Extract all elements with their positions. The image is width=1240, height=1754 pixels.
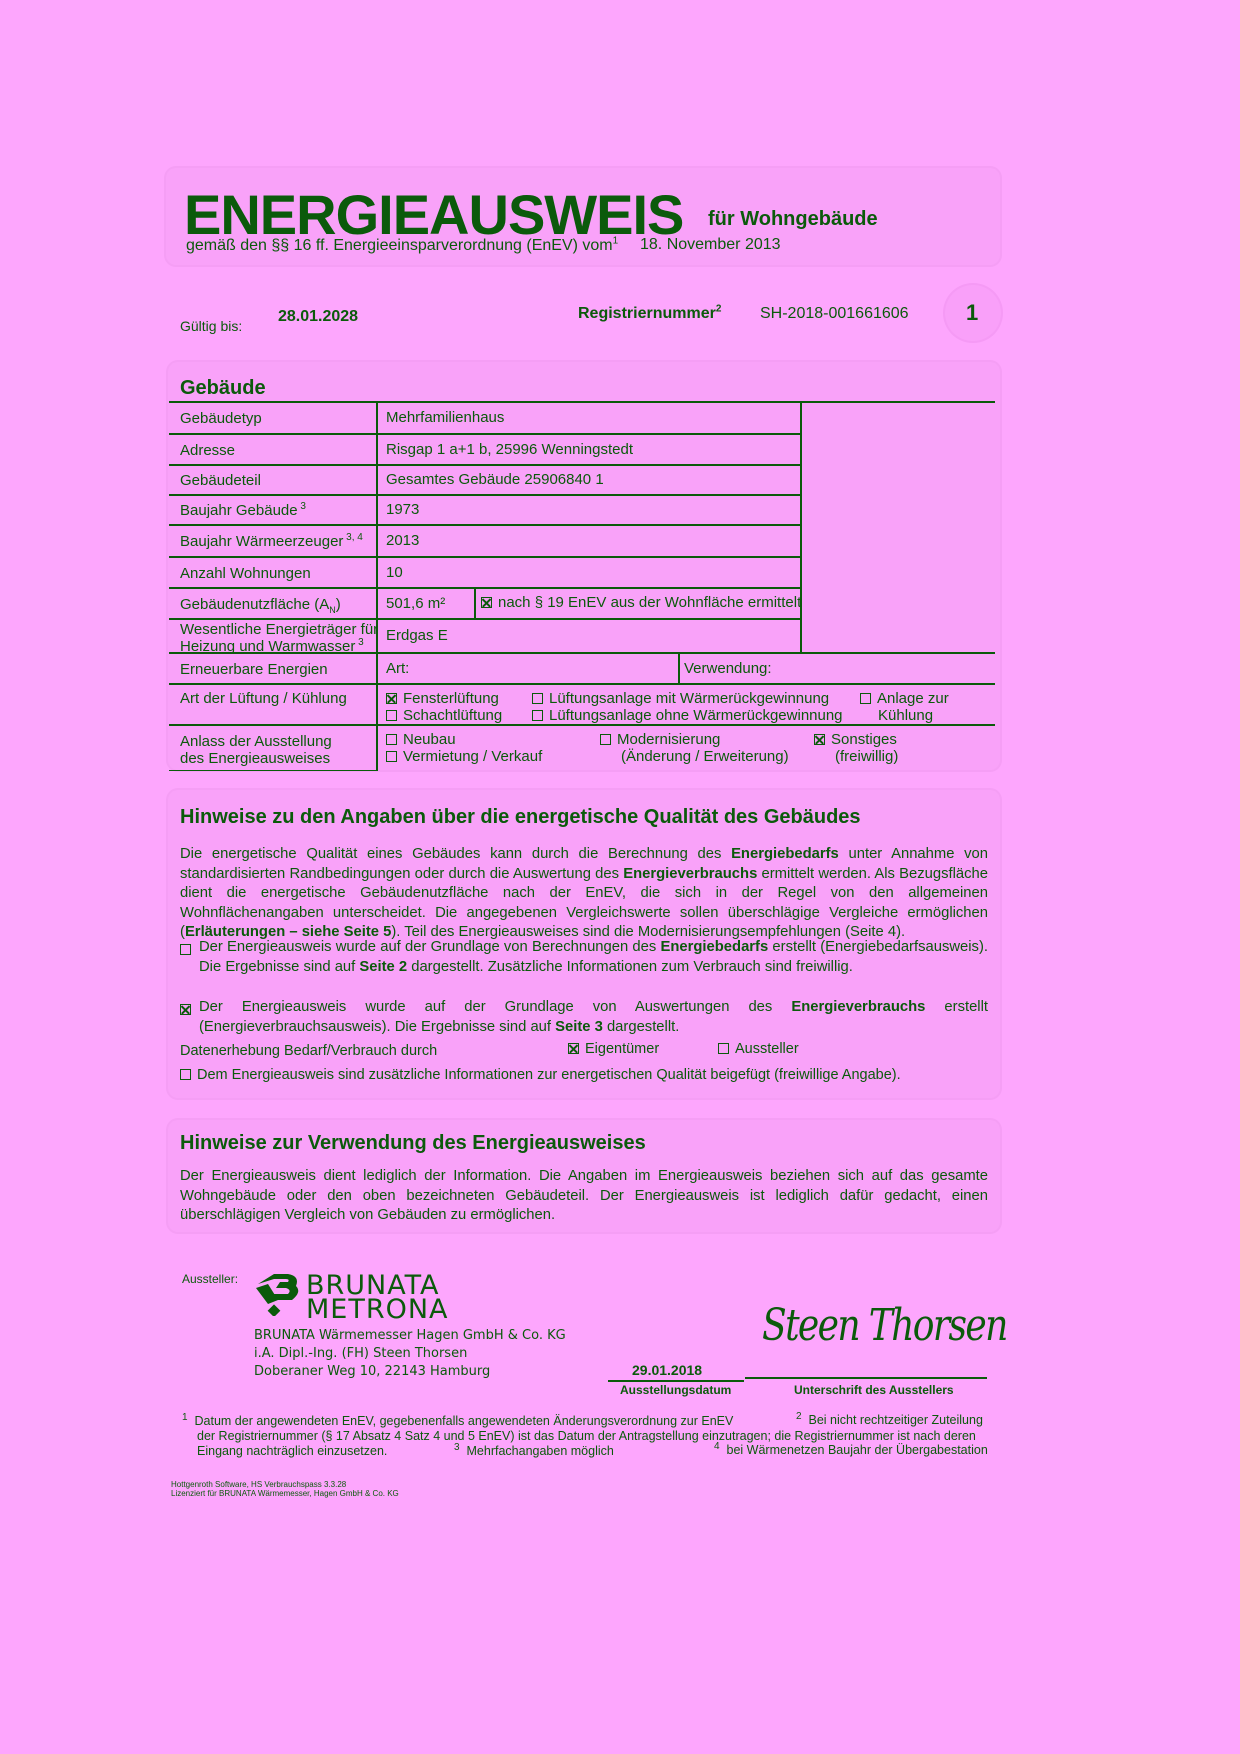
issue-date: 29.01.2018	[632, 1362, 702, 1378]
label-line: Wesentliche Energieträger für	[180, 621, 378, 638]
issuer-checkbox[interactable]	[718, 1043, 729, 1054]
building-row-label: Anzahl Wohnungen	[180, 565, 311, 582]
issuer-company: BRUNATA Wärmemesser Hagen GmbH & Co. KG	[254, 1328, 566, 1343]
table-bottom	[169, 770, 378, 771]
option-text: Neubau	[403, 731, 456, 748]
valid-until-value: 28.01.2028	[278, 308, 358, 326]
table-row-divider	[169, 524, 800, 526]
demand-checkbox[interactable]	[180, 944, 191, 955]
building-row-value: Art:	[386, 660, 409, 677]
body-text: Der Energieausweis wurde auf der Grundla…	[199, 939, 660, 955]
building-row-label: Baujahr Gebäude 3	[180, 502, 306, 519]
area-method-text: nach § 19 EnEV aus der Wohnfläche ermitt…	[498, 594, 801, 611]
occasion-label-line2: des Energieausweises	[180, 750, 330, 767]
building-row-value: Mehrfamilienhaus	[386, 409, 504, 426]
occasion-checkbox[interactable]	[814, 734, 825, 745]
ventilation-option: Schachtlüftung	[386, 707, 502, 724]
label-text: Baujahr Gebäude	[180, 502, 298, 519]
label-text: Gebäudenutzfläche (A	[180, 596, 329, 613]
image-area-bottom	[800, 652, 995, 654]
table-row-divider	[169, 724, 995, 726]
area-method: nach § 19 EnEV aus der Wohnfläche ermitt…	[481, 594, 801, 611]
building-row-value: 10	[386, 564, 403, 581]
footnote-marker: 3	[355, 637, 363, 648]
issue-date-label: Ausstellungsdatum	[620, 1383, 731, 1397]
emphasis-text: Energiebedarfs	[660, 939, 768, 955]
label-line: Heizung und Warmwasser 3	[180, 638, 378, 655]
label-text: Gebäudetyp	[180, 410, 262, 427]
footnote-4: 4 bei Wärmenetzen Baujahr der Übergabest…	[714, 1443, 988, 1459]
document-subtitle: gemäß den §§ 16 ff. Energieeinsparverord…	[186, 237, 618, 255]
option-text: Anlage zur	[877, 690, 949, 707]
ventilation-checkbox[interactable]	[860, 693, 871, 704]
ventilation-checkbox[interactable]	[386, 693, 397, 704]
brunata-logo-icon	[254, 1270, 304, 1316]
emphasis-text: Energieverbrauchs	[623, 866, 757, 882]
table-row-divider	[169, 556, 800, 558]
body-text: Die energetische Qualität eines Gebäudes…	[180, 846, 731, 862]
page-number: 1	[966, 300, 978, 326]
table-row-divider	[169, 587, 800, 589]
body-text: Der Energieausweis wurde auf der Grundla…	[199, 999, 791, 1015]
building-row-label: Gebäudetyp	[180, 410, 262, 427]
option-demand-row: Der Energieausweis wurde auf der Grundla…	[180, 938, 988, 956]
owner-checkbox[interactable]	[568, 1043, 579, 1054]
image-area-left	[800, 401, 802, 652]
occasion-option: Sonstiges	[814, 731, 897, 748]
software-line-2: Lizenziert für BRUNATA Wärmemesser, Hage…	[171, 1489, 399, 1498]
ventilation-option: Anlage zur	[860, 690, 949, 707]
footnote-1: 1 Datum der angewendeten EnEV, gegebenen…	[182, 1414, 733, 1430]
ventilation-option: Lüftungsanlage ohne Wärmerückgewinnung	[532, 707, 843, 724]
option-text: Fensterlüftung	[403, 690, 499, 707]
signature: Steen Thorsen	[762, 1300, 1007, 1351]
building-row-value: 2013	[386, 532, 419, 549]
option-text: Vermietung / Verkauf	[403, 748, 542, 765]
option-text: Modernisierung	[617, 731, 720, 748]
ventilation-label: Art der Lüftung / Kühlung	[180, 690, 347, 707]
data-collection-label: Datenerhebung Bedarf/Verbrauch durch	[180, 1043, 437, 1059]
area-col-divider	[474, 587, 476, 618]
occasion-checkbox[interactable]	[600, 734, 611, 745]
ventilation-checkbox[interactable]	[532, 710, 543, 721]
table-row-divider	[169, 683, 995, 685]
label-text: )	[336, 596, 341, 613]
occasion-checkbox[interactable]	[386, 751, 397, 762]
occasion-option: Vermietung / Verkauf	[386, 748, 542, 765]
building-row-label: Gebäudenutzfläche (AN)	[180, 596, 341, 619]
issue-date-line	[608, 1380, 744, 1382]
label-text: Baujahr Wärmeerzeuger	[180, 533, 343, 550]
renewable-usage-label: Verwendung:	[684, 660, 772, 677]
table-row-divider	[169, 433, 800, 435]
occasion-option: Modernisierung	[600, 731, 720, 748]
footnote-marker: 3, 4	[343, 532, 362, 543]
registration-label: Registriernummer2	[578, 305, 721, 323]
issuer-person: i.A. Dipl.-Ing. (FH) Steen Thorsen	[254, 1346, 467, 1361]
label-text: Erneuerbare Energien	[180, 661, 328, 678]
ventilation-option: Fensterlüftung	[386, 690, 499, 707]
building-section-title: Gebäude	[180, 377, 266, 400]
label-text: Anzahl Wohnungen	[180, 565, 311, 582]
building-row-value: Risgap 1 a+1 b, 25996 Wenningstedt	[386, 441, 633, 458]
valid-until-label: Gültig bis:	[180, 318, 242, 334]
enev-date: 18. November 2013	[640, 236, 781, 254]
table-row-divider	[169, 494, 800, 496]
occasion-label: Anlass der Ausstellung	[180, 733, 332, 750]
label-text: Adresse	[180, 442, 235, 459]
usage-notes-text: Der Energieausweis dient lediglich der I…	[180, 1167, 988, 1226]
option-text-line2: (freiwillig)	[835, 748, 898, 765]
ventilation-option: Lüftungsanlage mit Wärmerückgewinnung	[532, 690, 829, 707]
data-collection-owner: Eigentümer	[568, 1041, 659, 1057]
option-text: Lüftungsanlage ohne Wärmerückgewinnung	[549, 707, 843, 724]
consumption-checkbox[interactable]	[180, 1004, 191, 1015]
demand-option-text: Der Energieausweis wurde auf der Grundla…	[199, 938, 988, 977]
body-text: dargestellt.	[603, 1019, 680, 1035]
building-row-label: Erneuerbare Energien	[180, 661, 328, 678]
table-row-divider	[169, 464, 800, 466]
ventilation-checkbox[interactable]	[386, 710, 397, 721]
option-text: Sonstiges	[831, 731, 897, 748]
option-text-line2: (Änderung / Erweiterung)	[621, 748, 789, 765]
table-row-divider	[169, 401, 995, 403]
additional-info-checkbox[interactable]	[180, 1069, 191, 1080]
body-text: dargestellt. Zusätzliche Informationen z…	[407, 959, 853, 975]
quality-notes-intro: Die energetische Qualität eines Gebäudes…	[180, 845, 988, 943]
building-row-value: 1973	[386, 501, 419, 518]
data-collection-issuer: Aussteller	[718, 1041, 799, 1057]
area-method-checkbox[interactable]	[481, 597, 492, 608]
signature-label: Unterschrift des Ausstellers	[794, 1383, 954, 1397]
registration-number: SH-2018-001661606	[760, 305, 909, 323]
option-text-line2: Kühlung	[878, 707, 933, 724]
issuer-label: Aussteller:	[182, 1272, 238, 1286]
consumption-option-text: Der Energieausweis wurde auf der Grundla…	[199, 998, 988, 1037]
building-row-label: Adresse	[180, 442, 235, 459]
document-title-suffix: für Wohngebäude	[708, 208, 878, 231]
building-row-value: Erdgas E	[386, 627, 448, 644]
option-text: Schachtlüftung	[403, 707, 502, 724]
table-col-divider	[376, 401, 378, 770]
emphasis-text: Seite 2	[359, 959, 407, 975]
footnote-2-start: 2 Bei nicht rechtzeitiger Zuteilung	[796, 1413, 983, 1429]
footnote-3: 3 Mehrfachangaben möglich	[454, 1444, 614, 1460]
emphasis-text: Seite 3	[555, 1019, 603, 1035]
emphasis-text: Energieverbrauchs	[791, 999, 925, 1015]
software-line-1: Hottgenroth Software, HS Verbrauchspass …	[171, 1480, 346, 1489]
occasion-checkbox[interactable]	[386, 734, 397, 745]
footnote-2-end: Eingang nachträglich einzusetzen.	[197, 1444, 387, 1460]
issuer-address: Doberaner Weg 10, 22143 Hamburg	[254, 1364, 490, 1379]
building-row-label: Gebäudeteil	[180, 472, 261, 489]
label-text: Gebäudeteil	[180, 472, 261, 489]
emphasis-text: Energiebedarfs	[731, 846, 839, 862]
option-text: Lüftungsanlage mit Wärmerückgewinnung	[549, 690, 829, 707]
usage-col-divider	[678, 652, 680, 683]
footnote-marker: 3	[298, 501, 306, 512]
document-title: ENERGIEAUSWEIS	[184, 187, 683, 243]
brunata-logo-line2: METRONA	[306, 1294, 449, 1325]
signature-line	[745, 1377, 987, 1379]
quality-notes-title: Hinweise zu den Angaben über die energet…	[180, 806, 861, 829]
occasion-option: Neubau	[386, 731, 456, 748]
option-consumption-row: Der Energieausweis wurde auf der Grundla…	[180, 998, 988, 1016]
ventilation-checkbox[interactable]	[532, 693, 543, 704]
building-row-value: Gesamtes Gebäude 25906840 1	[386, 471, 604, 488]
building-row-label: Baujahr Wärmeerzeuger 3, 4	[180, 533, 363, 550]
usage-notes-title: Hinweise zur Verwendung des Energieauswe…	[180, 1132, 646, 1155]
label-text: Heizung und Warmwasser	[180, 638, 355, 655]
additional-info-row: Dem Energieausweis sind zusätzliche Info…	[180, 1067, 901, 1083]
building-row-label: Wesentliche Energieträger fürHeizung und…	[180, 621, 378, 655]
building-row-value: 501,6 m²	[386, 595, 445, 612]
